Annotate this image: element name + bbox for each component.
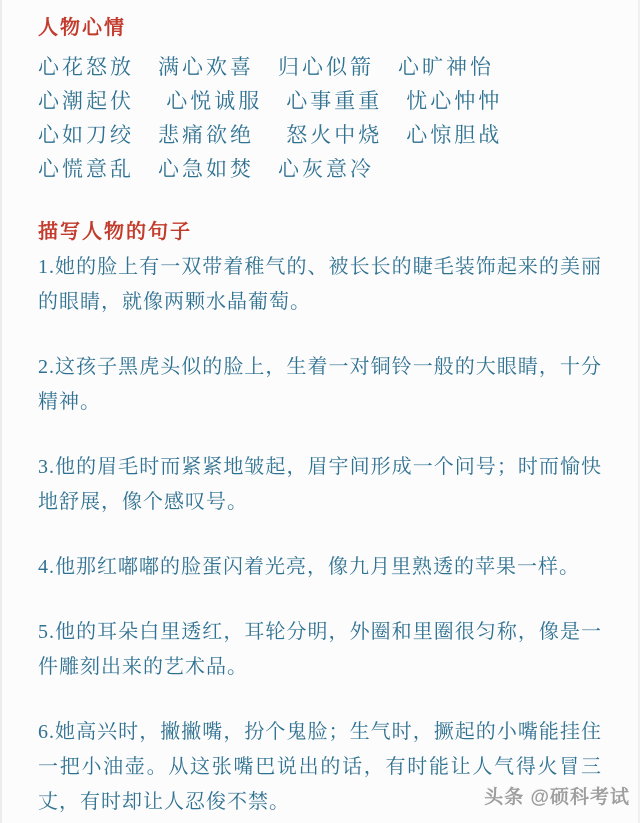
- sentence-item-3: 3.他的眉毛时而紧紧地皱起，眉宇间形成一个问号；时而愉快地舒展，像个感叹号。: [38, 450, 602, 520]
- section-moods: 人物心情 心花怒放 满心欢喜 归心似箭 心旷神怡 心潮起伏 心悦诚服 心事重重 …: [38, 14, 602, 186]
- sentence-item-4: 4.他那红嘟嘟的脸蛋闪着光亮，像九月里熟透的苹果一样。: [38, 550, 602, 585]
- watermark-toutiao: 头条 @硕科考试: [484, 782, 630, 809]
- section-sentences: 描写人物的句子 1.她的脸上有一双带着稚气的、被长长的睫毛装饰起来的美丽的眼睛，…: [38, 218, 602, 820]
- idiom-line: 心慌意乱 心急如焚 心灰意冷: [38, 152, 602, 186]
- section-heading-sentences: 描写人物的句子: [38, 218, 602, 246]
- idiom-line: 心潮起伏 心悦诚服 心事重重 忧心忡忡: [38, 84, 602, 118]
- idiom-line: 心花怒放 满心欢喜 归心似箭 心旷神怡: [38, 50, 602, 84]
- sentence-item-2: 2.这孩子黑虎头似的脸上，生着一对铜铃一般的大眼睛，十分精神。: [38, 350, 602, 420]
- sentence-item-5: 5.他的耳朵白里透红，耳轮分明，外圈和里圈很匀称，像是一件雕刻出来的艺术品。: [38, 615, 602, 685]
- document-page: 人物心情 心花怒放 满心欢喜 归心似箭 心旷神怡 心潮起伏 心悦诚服 心事重重 …: [0, 0, 640, 823]
- section-heading-moods: 人物心情: [38, 14, 602, 42]
- sentence-item-1: 1.她的脸上有一双带着稚气的、被长长的睫毛装饰起来的美丽的眼睛，就像两颗水晶葡萄…: [38, 250, 602, 320]
- idiom-line: 心如刀绞 悲痛欲绝 怒火中烧 心惊胆战: [38, 118, 602, 152]
